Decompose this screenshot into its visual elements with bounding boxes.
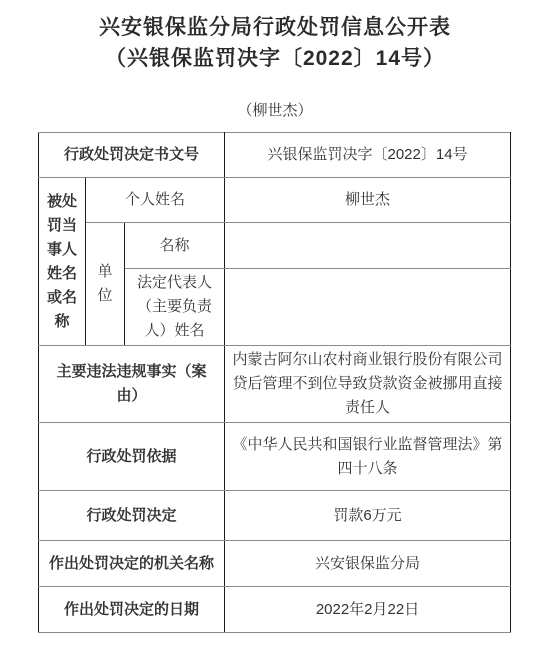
decision-value: 罚款6万元 [225, 491, 511, 541]
table-row: 行政处罚依据 《中华人民共和国银行业监督管理法》第 四十八条 [39, 423, 511, 491]
org-label: 单 位 [86, 223, 125, 346]
table-row: 单 位 名称 [39, 223, 511, 269]
page-title: 兴安银保监分局行政处罚信息公开表 [0, 12, 550, 43]
org-name-value [225, 223, 511, 269]
doc-number-value: 兴银保监罚决字〔2022〕14号 [225, 133, 511, 178]
authority-label: 作出处罚决定的机关名称 [39, 541, 225, 587]
table-row: 主要违法违规事实（案 由） 内蒙古阿尔山农村商业银行股份有限公司 贷后管理不到位… [39, 346, 511, 423]
page-subtitle: （兴银保监罚决字〔2022〕14号） [0, 43, 550, 74]
decision-date-value: 2022年2月22日 [225, 587, 511, 633]
personal-name-value: 柳世杰 [225, 178, 511, 223]
page: 兴安银保监分局行政处罚信息公开表 （兴银保监罚决字〔2022〕14号） （柳世杰… [0, 0, 550, 653]
table-row: 作出处罚决定的机关名称 兴安银保监分局 [39, 541, 511, 587]
page-header: 兴安银保监分局行政处罚信息公开表 （兴银保监罚决字〔2022〕14号） （柳世杰… [0, 0, 550, 121]
authority-value: 兴安银保监分局 [225, 541, 511, 587]
violation-label: 主要违法违规事实（案 由） [39, 346, 225, 423]
legal-rep-value [225, 269, 511, 346]
personal-name-label: 个人姓名 [86, 178, 225, 223]
violation-value: 内蒙古阿尔山农村商业银行股份有限公司 贷后管理不到位导致贷款资金被挪用直接 责任… [225, 346, 511, 423]
table-row: 作出处罚决定的日期 2022年2月22日 [39, 587, 511, 633]
table-row: 行政处罚决定书文号 兴银保监罚决字〔2022〕14号 [39, 133, 511, 178]
decision-date-label: 作出处罚决定的日期 [39, 587, 225, 633]
org-name-label: 名称 [125, 223, 225, 269]
subject-name: （柳世杰） [0, 101, 550, 121]
basis-label: 行政处罚依据 [39, 423, 225, 491]
party-group-label: 被处 罚当 事人 姓名 或名 称 [39, 178, 86, 346]
table-row: 行政处罚决定 罚款6万元 [39, 491, 511, 541]
penalty-table: 行政处罚决定书文号 兴银保监罚决字〔2022〕14号 被处 罚当 事人 姓名 或… [38, 132, 511, 633]
doc-number-label: 行政处罚决定书文号 [39, 133, 225, 178]
legal-rep-label: 法定代表人 （主要负责 人）姓名 [125, 269, 225, 346]
table-row: 被处 罚当 事人 姓名 或名 称 个人姓名 柳世杰 [39, 178, 511, 223]
basis-value: 《中华人民共和国银行业监督管理法》第 四十八条 [225, 423, 511, 491]
decision-label: 行政处罚决定 [39, 491, 225, 541]
